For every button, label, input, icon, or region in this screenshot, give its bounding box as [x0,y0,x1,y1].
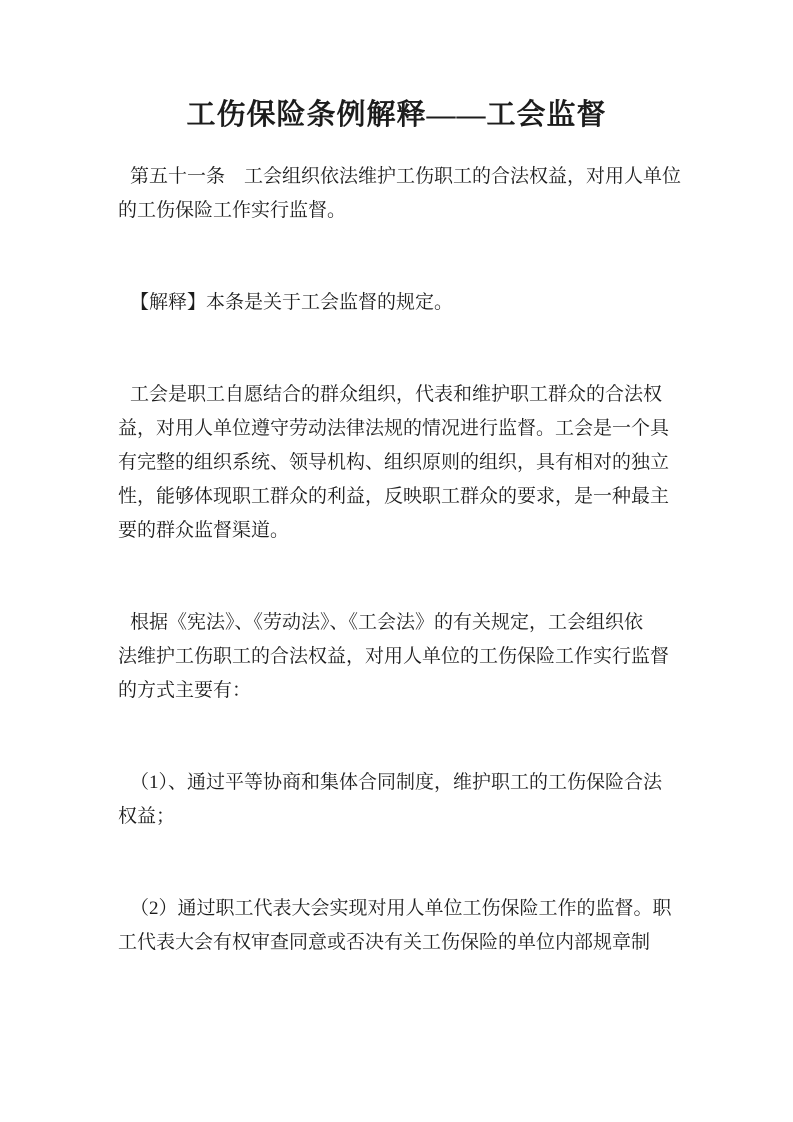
paragraph-item-1: （1）、通过平等协商和集体合同制度，维护职工的工伤保险合法 权益； [118,766,690,834]
paragraph-legal-basis: 根据《宪法》、《劳动法》、《工会法》的有关规定，工会组织依 法维护工伤职工的合法… [118,606,690,708]
paragraph-item-2: （2）通过职工代表大会实现对用人单位工伤保险工作的监督。职 工代表大会有权审查同… [118,892,690,960]
document-page: 工伤保险条例解释——工会监督 第五十一条 工会组织依法维护工伤职工的合法权益，对… [0,0,793,1122]
paragraph-interpretation: 【解释】本条是关于工会监督的规定。 [118,286,690,320]
document-title: 工伤保险条例解释——工会监督 [0,97,793,133]
paragraph-article-51: 第五十一条 工会组织依法维护工伤职工的合法权益，对用人单位 的工伤保险工作实行监… [118,160,690,228]
paragraph-union-description: 工会是职工自愿结合的群众组织，代表和维护职工群众的合法权 益，对用人单位遵守劳动… [118,378,690,548]
